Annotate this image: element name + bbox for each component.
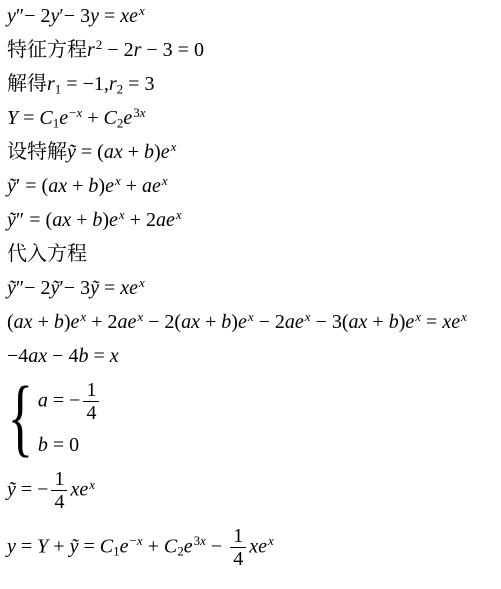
simplified-equation: −4ax − 4b = x	[7, 345, 501, 368]
math-run: e	[184, 535, 193, 557]
cjk-text: 解得	[7, 73, 47, 95]
left-brace: {	[8, 374, 34, 461]
fraction-denominator: 4	[230, 547, 246, 570]
fraction-numerator: 1	[230, 525, 246, 547]
superscript: −x	[129, 533, 142, 548]
math-run: + C	[82, 107, 117, 129]
superscript: x	[461, 309, 467, 324]
math-run: e	[120, 535, 129, 557]
math-document: y″− 2y′− 3y = xex特征方程r2 − 2r − 3 = 0解得r1…	[0, 0, 501, 589]
fraction-denominator: 4	[83, 401, 99, 424]
math-run: − 2r − 3 = 0	[102, 39, 204, 61]
substituted-equation: ỹ″− 2ỹ′− 3ỹ = xex	[7, 277, 501, 300]
math-run: b = 0	[38, 434, 79, 456]
math-run: xe	[70, 478, 88, 500]
math-run: + 2ae	[125, 209, 175, 231]
math-run: ỹ″ = (ax + b)e	[7, 209, 118, 231]
first-derivative: ỹ′ = (ax + b)ex + aex	[7, 175, 501, 198]
roots-line: 解得r1 = −1,r2 = 3	[7, 73, 501, 96]
fraction: 14	[51, 468, 67, 514]
coefficient-system: {a = −14b = 0	[7, 379, 501, 457]
math-run: Y = C	[7, 107, 53, 129]
math-run: + ae	[121, 175, 161, 197]
math-run: r	[87, 39, 95, 61]
substitute-note: 代入方程	[7, 243, 501, 266]
math-run: = 3	[123, 73, 154, 95]
superscript: x	[176, 207, 182, 222]
fraction-denominator: 4	[51, 490, 67, 513]
superscript: 3x	[133, 105, 145, 120]
math-run: a = −	[38, 389, 81, 411]
superscript: x	[268, 533, 274, 548]
fraction-numerator: 1	[83, 379, 99, 401]
expanded-equation: (ax + b)ex + 2aex − 2(ax + b)ex − 2aex −…	[7, 311, 501, 334]
superscript: 3x	[194, 533, 206, 548]
math-run: ỹ = (ax + b)e	[67, 141, 170, 163]
math-run: ỹ′ = (ax + b)e	[7, 175, 114, 197]
math-run: = xe	[421, 311, 460, 333]
problem-equation: y″− 2y′− 3y = xex	[7, 5, 501, 28]
fraction-numerator: 1	[51, 468, 67, 490]
characteristic-equation: 特征方程r2 − 2r − 3 = 0	[7, 39, 501, 62]
superscript: x	[139, 3, 145, 18]
math-run: (ax + b)e	[7, 311, 79, 333]
cases-row: b = 0	[38, 434, 103, 457]
general-solution: y = Y + ỹ = C1e−x + C2e3x − 14xex	[7, 525, 501, 571]
math-run: = −1,r	[61, 73, 116, 95]
math-run: y = Y + ỹ = C	[7, 535, 113, 557]
math-run: −4ax − 4b = x	[7, 345, 119, 367]
cjk-text: 设特解	[7, 141, 67, 163]
superscript: −x	[69, 105, 82, 120]
superscript: x	[171, 139, 177, 154]
math-run: e	[59, 107, 68, 129]
math-run: xe	[249, 535, 267, 557]
cjk-text: 特征方程	[7, 39, 87, 61]
cases-rows: a = −14b = 0	[38, 379, 103, 457]
cases-block: {a = −14b = 0	[7, 379, 102, 457]
particular-solution: ỹ = −14xex	[7, 468, 501, 514]
math-run: r	[47, 73, 55, 95]
math-run: e	[123, 107, 132, 129]
equation-lines-container: y″− 2y′− 3y = xex特征方程r2 − 2r − 3 = 0解得r1…	[7, 5, 501, 570]
superscript: x	[89, 477, 95, 492]
particular-solution-ansatz: 设特解ỹ = (ax + b)ex	[7, 141, 501, 164]
math-run: −	[206, 535, 227, 557]
math-run: + 2ae	[86, 311, 136, 333]
math-run: − 2ae	[254, 311, 304, 333]
math-run: − 2(ax + b)e	[143, 311, 247, 333]
homogeneous-solution: Y = C1e−x + C2e3x	[7, 107, 501, 130]
math-run: + C	[143, 535, 178, 557]
math-run: − 3(ax + b)e	[311, 311, 415, 333]
superscript: x	[162, 173, 168, 188]
math-run: y″− 2y′− 3y = xe	[7, 5, 138, 27]
cases-row: a = −14	[38, 379, 103, 425]
math-run: ỹ″− 2ỹ′− 3ỹ = xe	[7, 277, 138, 299]
second-derivative: ỹ″ = (ax + b)ex + 2aex	[7, 209, 501, 232]
fraction: 14	[83, 379, 99, 425]
math-run: ỹ = −	[7, 478, 48, 500]
fraction: 14	[230, 525, 246, 571]
cjk-text: 代入方程	[7, 243, 87, 265]
superscript: x	[139, 275, 145, 290]
